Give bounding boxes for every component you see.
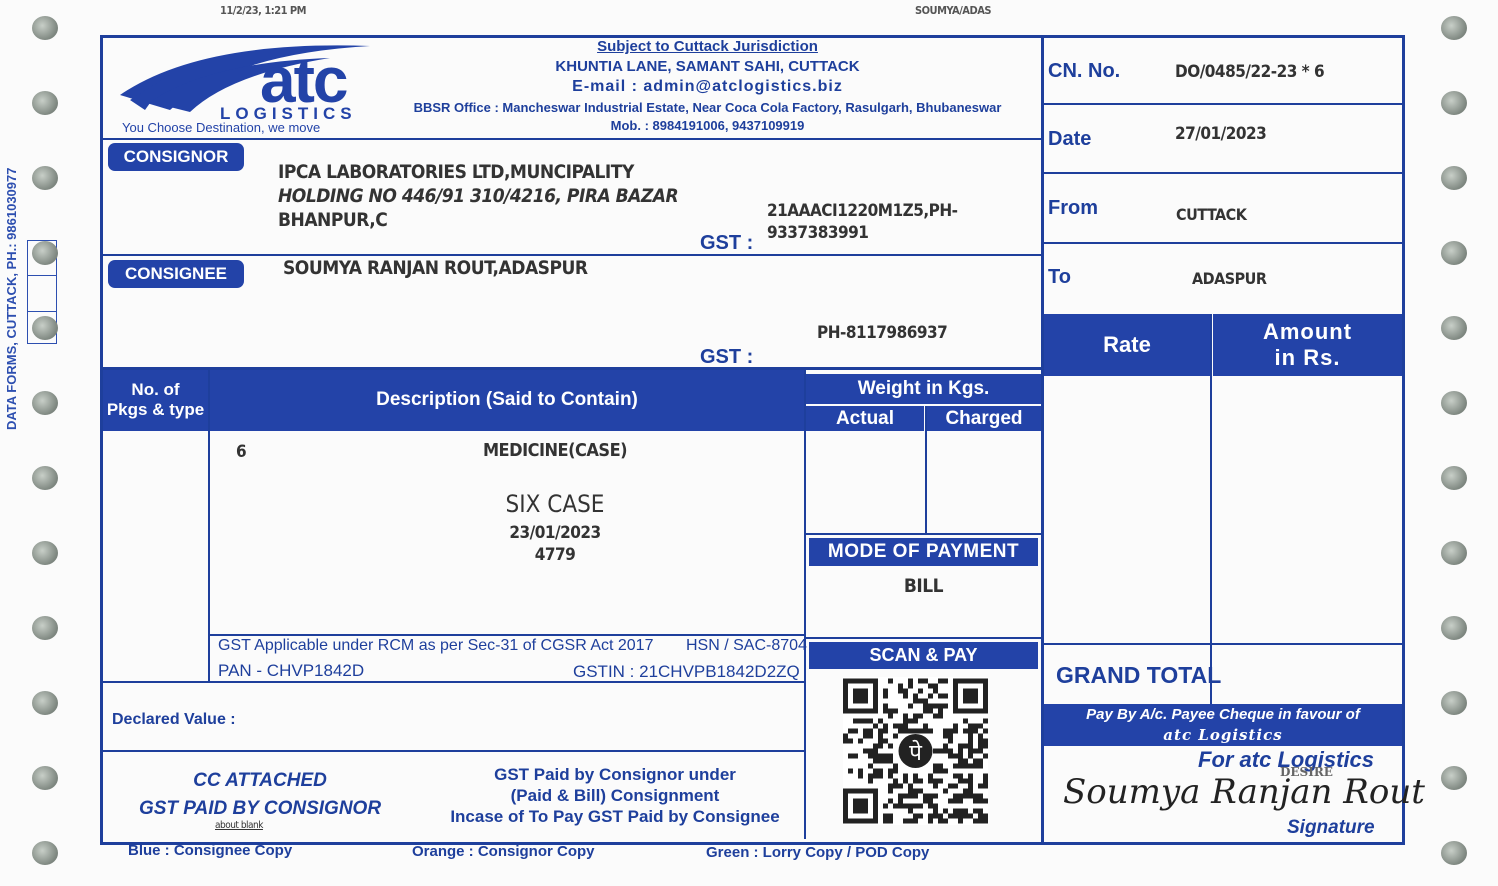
svg-text:पे: पे xyxy=(909,739,923,766)
from-value: CUTTACK xyxy=(1176,205,1246,224)
gst-rcm-note: GST Applicable under RCM as per Sec-31 o… xyxy=(218,637,653,655)
logo-text: atc xyxy=(260,48,347,112)
description-line-1: MEDICINE(CASE) xyxy=(210,440,900,461)
consignor-line-2: HOLDING NO 446/91 310/4216, PIRA BAZAR xyxy=(278,184,678,208)
consignee-name: SOUMYA RANJAN ROUT,ADASPUR xyxy=(283,257,588,279)
consignor-line-1: IPCA LABORATORIES LTD,MUNCIPALITY xyxy=(278,160,678,184)
mode-of-payment-label: MODE OF PAYMENT xyxy=(809,538,1038,566)
printer-credit: DATA FORMS, CUTTACK, PH.: 9861030977 xyxy=(4,168,19,430)
consignor-label: CONSIGNOR xyxy=(108,143,244,171)
date-label: Date xyxy=(1048,128,1091,151)
col-header-charged: Charged xyxy=(927,406,1041,431)
gst-paid-by-consignor: GST PAID BY CONSIGNOR xyxy=(105,795,415,823)
description-line-3: 23/01/2023 xyxy=(210,523,900,543)
header-fragment-left: 11/2/23, 1:21 PM xyxy=(220,4,306,17)
tractor-hole xyxy=(1441,466,1467,490)
print-stamp: about blank xyxy=(215,820,263,831)
tractor-hole xyxy=(1441,766,1467,790)
tractor-hole xyxy=(1441,316,1467,340)
notes-left: CC ATTACHED GST PAID BY CONSIGNOR xyxy=(105,767,415,823)
gst-note-3: Incase of To Pay GST Paid by Consignee xyxy=(420,806,810,827)
jurisdiction: Subject to Cuttack Jurisdiction xyxy=(385,38,1030,56)
tractor-hole xyxy=(32,616,58,640)
consignor-gst-value: 21AAACI1220M1Z5,PH- 9337383991 xyxy=(767,200,958,244)
description-line-2: SIX CASE xyxy=(210,490,900,518)
tractor-hole xyxy=(32,16,58,40)
copy-blue: Blue : Consignee Copy xyxy=(128,842,292,859)
from-label: From xyxy=(1048,197,1098,220)
tractor-hole xyxy=(1441,91,1467,115)
mode-of-payment-value: BILL xyxy=(806,575,1041,597)
gst-notes-right: GST Paid by Consignor under (Paid & Bill… xyxy=(420,764,810,827)
cn-label: CN. No. xyxy=(1048,60,1120,83)
tractor-hole xyxy=(32,166,58,190)
tractor-hole xyxy=(32,91,58,115)
tractor-hole xyxy=(32,391,58,415)
consignee-label: CONSIGNEE xyxy=(108,260,244,288)
bbsr-office: BBSR Office : Mancheswar Industrial Esta… xyxy=(385,97,1030,118)
gst-note-2: (Paid & Bill) Consignment xyxy=(420,785,810,806)
tractor-hole xyxy=(1441,616,1467,640)
tagline: You Choose Destination, we move xyxy=(122,120,320,135)
consignor-gst-label: GST : xyxy=(700,232,753,255)
date-value: 27/01/2023 xyxy=(1175,124,1266,144)
tractor-hole xyxy=(32,691,58,715)
col-header-pkgs: No. of Pkgs & type xyxy=(103,369,208,431)
company-info: Subject to Cuttack Jurisdiction KHUNTIA … xyxy=(385,38,1030,133)
tractor-hole xyxy=(1441,391,1467,415)
consignee-gst-label: GST : xyxy=(700,346,753,369)
signature-label: Signature xyxy=(1287,817,1375,839)
company-mobile: Mob. : 8984191006, 9437109919 xyxy=(385,118,1030,133)
to-label: To xyxy=(1048,266,1071,289)
consignor-gstin: 21AAACI1220M1Z5,PH- xyxy=(767,200,958,222)
consignor-phone: 9337383991 xyxy=(767,222,958,244)
col-header-actual: Actual xyxy=(806,406,924,431)
tractor-hole xyxy=(1441,16,1467,40)
cheque-note: Pay By A/c. Payee Cheque in favour of at… xyxy=(1044,704,1402,746)
consignor-line-3: BHANPUR,C xyxy=(278,208,678,232)
tractor-hole xyxy=(32,541,58,565)
tractor-hole xyxy=(32,316,58,340)
cn-value: DO/0485/22-23 * 6 xyxy=(1175,62,1324,82)
tractor-hole xyxy=(32,241,58,265)
grand-total-label: GRAND TOTAL xyxy=(1056,662,1221,689)
tractor-hole xyxy=(32,466,58,490)
cc-attached: CC ATTACHED xyxy=(105,767,415,795)
tractor-hole xyxy=(1441,541,1467,565)
col-header-rate: Rate xyxy=(1044,314,1210,376)
copy-green: Green : Lorry Copy / POD Copy xyxy=(706,844,929,861)
col-header-description: Description (Said to Contain) xyxy=(210,369,804,431)
tractor-hole xyxy=(1441,166,1467,190)
gst-note-1: GST Paid by Consignor under xyxy=(420,764,810,785)
scan-pay-label: SCAN & PAY xyxy=(809,642,1038,669)
declared-value-label: Declared Value : xyxy=(112,711,236,729)
to-value: ADASPUR xyxy=(1192,269,1266,288)
hsn-sac: HSN / SAC-8704 xyxy=(686,637,807,655)
tractor-hole xyxy=(32,841,58,865)
header-fragment-right: SOUMYA/ADAS xyxy=(915,4,991,17)
handwritten-signature: Soumya Ranjan Rout xyxy=(1063,772,1425,812)
atc-logo: atc LOGISTICS You Choose Destination, we… xyxy=(110,40,385,136)
col-header-weight: Weight in Kgs. xyxy=(806,374,1041,404)
description-line-4: 4779 xyxy=(210,545,900,565)
tractor-hole xyxy=(1441,691,1467,715)
consignee-phone: PH-8117986937 xyxy=(817,323,947,343)
company-address: KHUNTIA LANE, SAMANT SAHI, CUTTACK xyxy=(385,56,1030,77)
tractor-hole xyxy=(1441,241,1467,265)
pan-number: PAN - CHVP1842D xyxy=(218,661,364,681)
gstin-number: GSTIN : 21CHVPB1842D2ZQ xyxy=(573,662,800,682)
tractor-hole xyxy=(1441,841,1467,865)
copy-orange: Orange : Consignor Copy xyxy=(412,843,595,860)
tractor-hole xyxy=(32,766,58,790)
phonepe-qr-icon[interactable]: पे xyxy=(843,677,988,825)
company-email: E-mail : admin@atclogistics.biz xyxy=(385,77,1030,97)
consignor-address: IPCA LABORATORIES LTD,MUNCIPALITY HOLDIN… xyxy=(278,160,678,232)
col-header-amount: Amount in Rs. xyxy=(1213,314,1402,376)
